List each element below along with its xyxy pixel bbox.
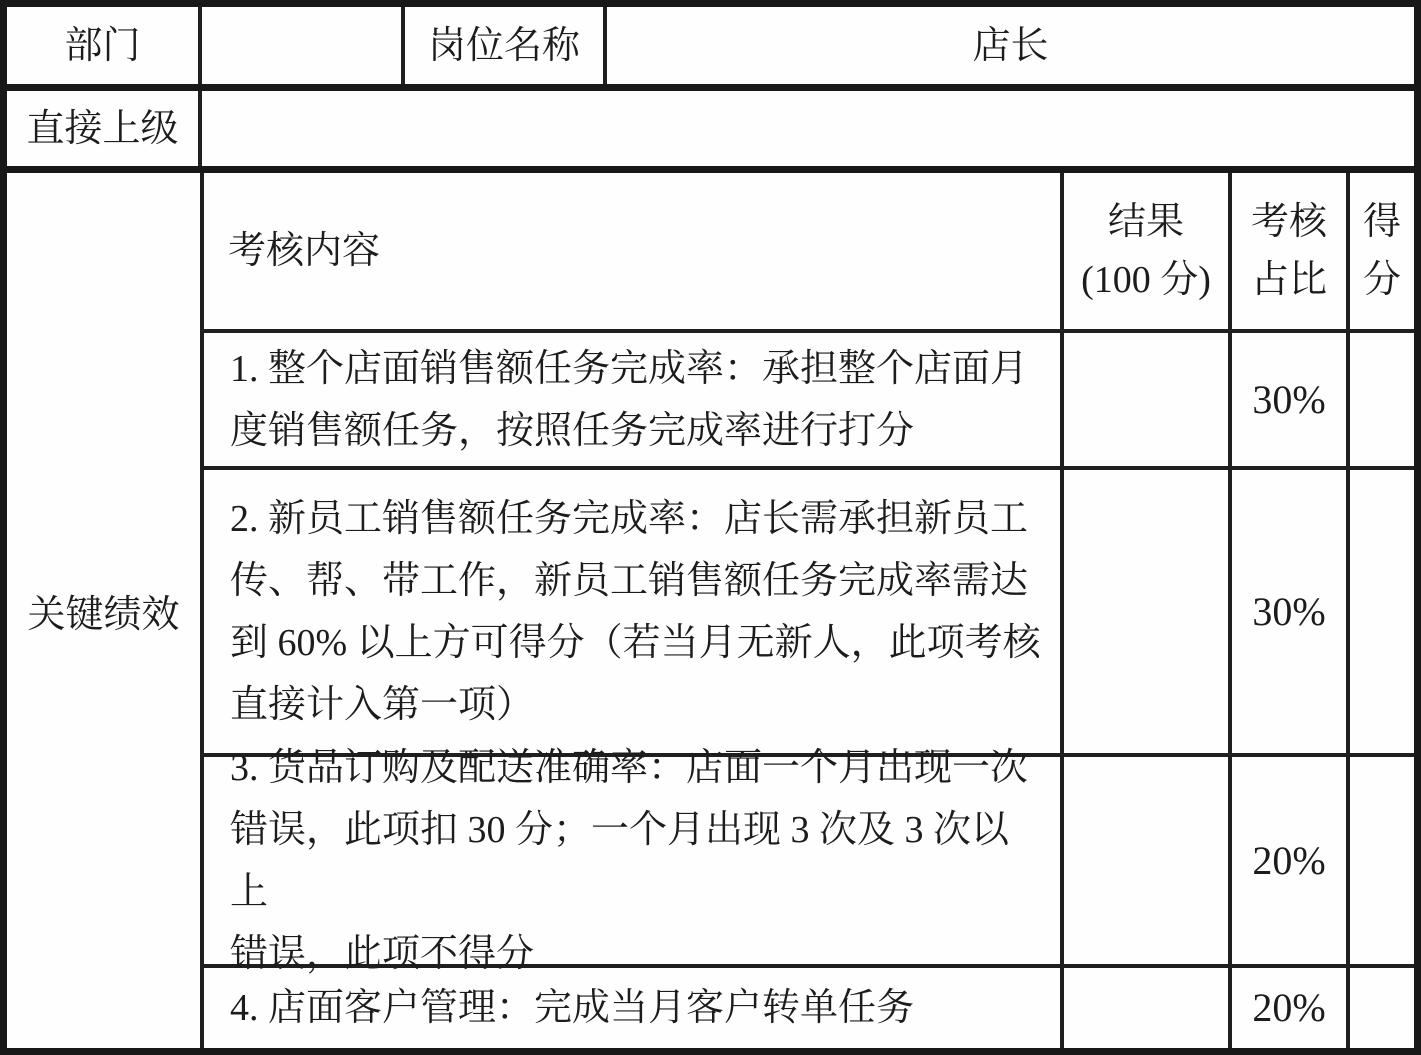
kpi-item-row-2: 2. 新员工销售额任务完成率：店长需承担新员工 传、帮、带工作，新员工销售额任务… — [204, 470, 1414, 757]
item-2-content: 2. 新员工销售额任务完成率：店长需承担新员工 传、帮、带工作，新员工销售额任务… — [204, 470, 1064, 753]
department-label: 部门 — [7, 7, 202, 84]
item-4-content: 4. 店面客户管理：完成当月客户转单任务 — [204, 968, 1064, 1048]
header-result: 结果 (100 分) — [1064, 173, 1232, 329]
item-4-weight: 20% — [1232, 968, 1350, 1048]
header-content: 考核内容 — [204, 173, 1064, 329]
supervisor-label: 直接上级 — [7, 91, 202, 166]
item-2-weight: 30% — [1232, 470, 1350, 753]
item-2-score — [1350, 470, 1414, 753]
kpi-section-label: 关键绩效 — [7, 173, 204, 1048]
info-row-department: 部门 岗位名称 店长 — [7, 7, 1414, 91]
item-4-score — [1350, 968, 1414, 1048]
item-3-weight: 20% — [1232, 757, 1350, 964]
kpi-section: 关键绩效 考核内容 结果 (100 分) 考核 占比 得 分 1. 整个店面销售… — [7, 173, 1414, 1048]
header-weight: 考核 占比 — [1232, 173, 1350, 329]
item-3-content: 3. 货品订购及配送准确率：店面一个月出现一次 错误，此项扣 30 分；一个月出… — [204, 757, 1064, 964]
item-1-result — [1064, 333, 1232, 466]
position-label: 岗位名称 — [405, 7, 607, 84]
item-2-result — [1064, 470, 1232, 753]
kpi-item-row-3: 3. 货品订购及配送准确率：店面一个月出现一次 错误，此项扣 30 分；一个月出… — [204, 757, 1414, 968]
appraisal-form: 部门 岗位名称 店长 直接上级 关键绩效 考核内容 结果 (100 分) 考核 … — [0, 0, 1421, 1055]
kpi-item-row-4: 4. 店面客户管理：完成当月客户转单任务 20% — [204, 968, 1414, 1048]
item-3-score — [1350, 757, 1414, 964]
supervisor-value — [202, 91, 1414, 166]
department-value — [202, 7, 405, 84]
kpi-item-row-1: 1. 整个店面销售额任务完成率：承担整个店面月 度销售额任务，按照任务完成率进行… — [204, 333, 1414, 470]
item-1-content: 1. 整个店面销售额任务完成率：承担整个店面月 度销售额任务，按照任务完成率进行… — [204, 333, 1064, 466]
kpi-table: 考核内容 结果 (100 分) 考核 占比 得 分 1. 整个店面销售额任务完成… — [204, 173, 1414, 1048]
kpi-header-row: 考核内容 结果 (100 分) 考核 占比 得 分 — [204, 173, 1414, 333]
item-1-weight: 30% — [1232, 333, 1350, 466]
position-value: 店长 — [607, 7, 1414, 84]
item-1-score — [1350, 333, 1414, 466]
item-3-result — [1064, 757, 1232, 964]
info-row-supervisor: 直接上级 — [7, 91, 1414, 173]
item-4-result — [1064, 968, 1232, 1048]
header-score: 得 分 — [1350, 173, 1414, 329]
